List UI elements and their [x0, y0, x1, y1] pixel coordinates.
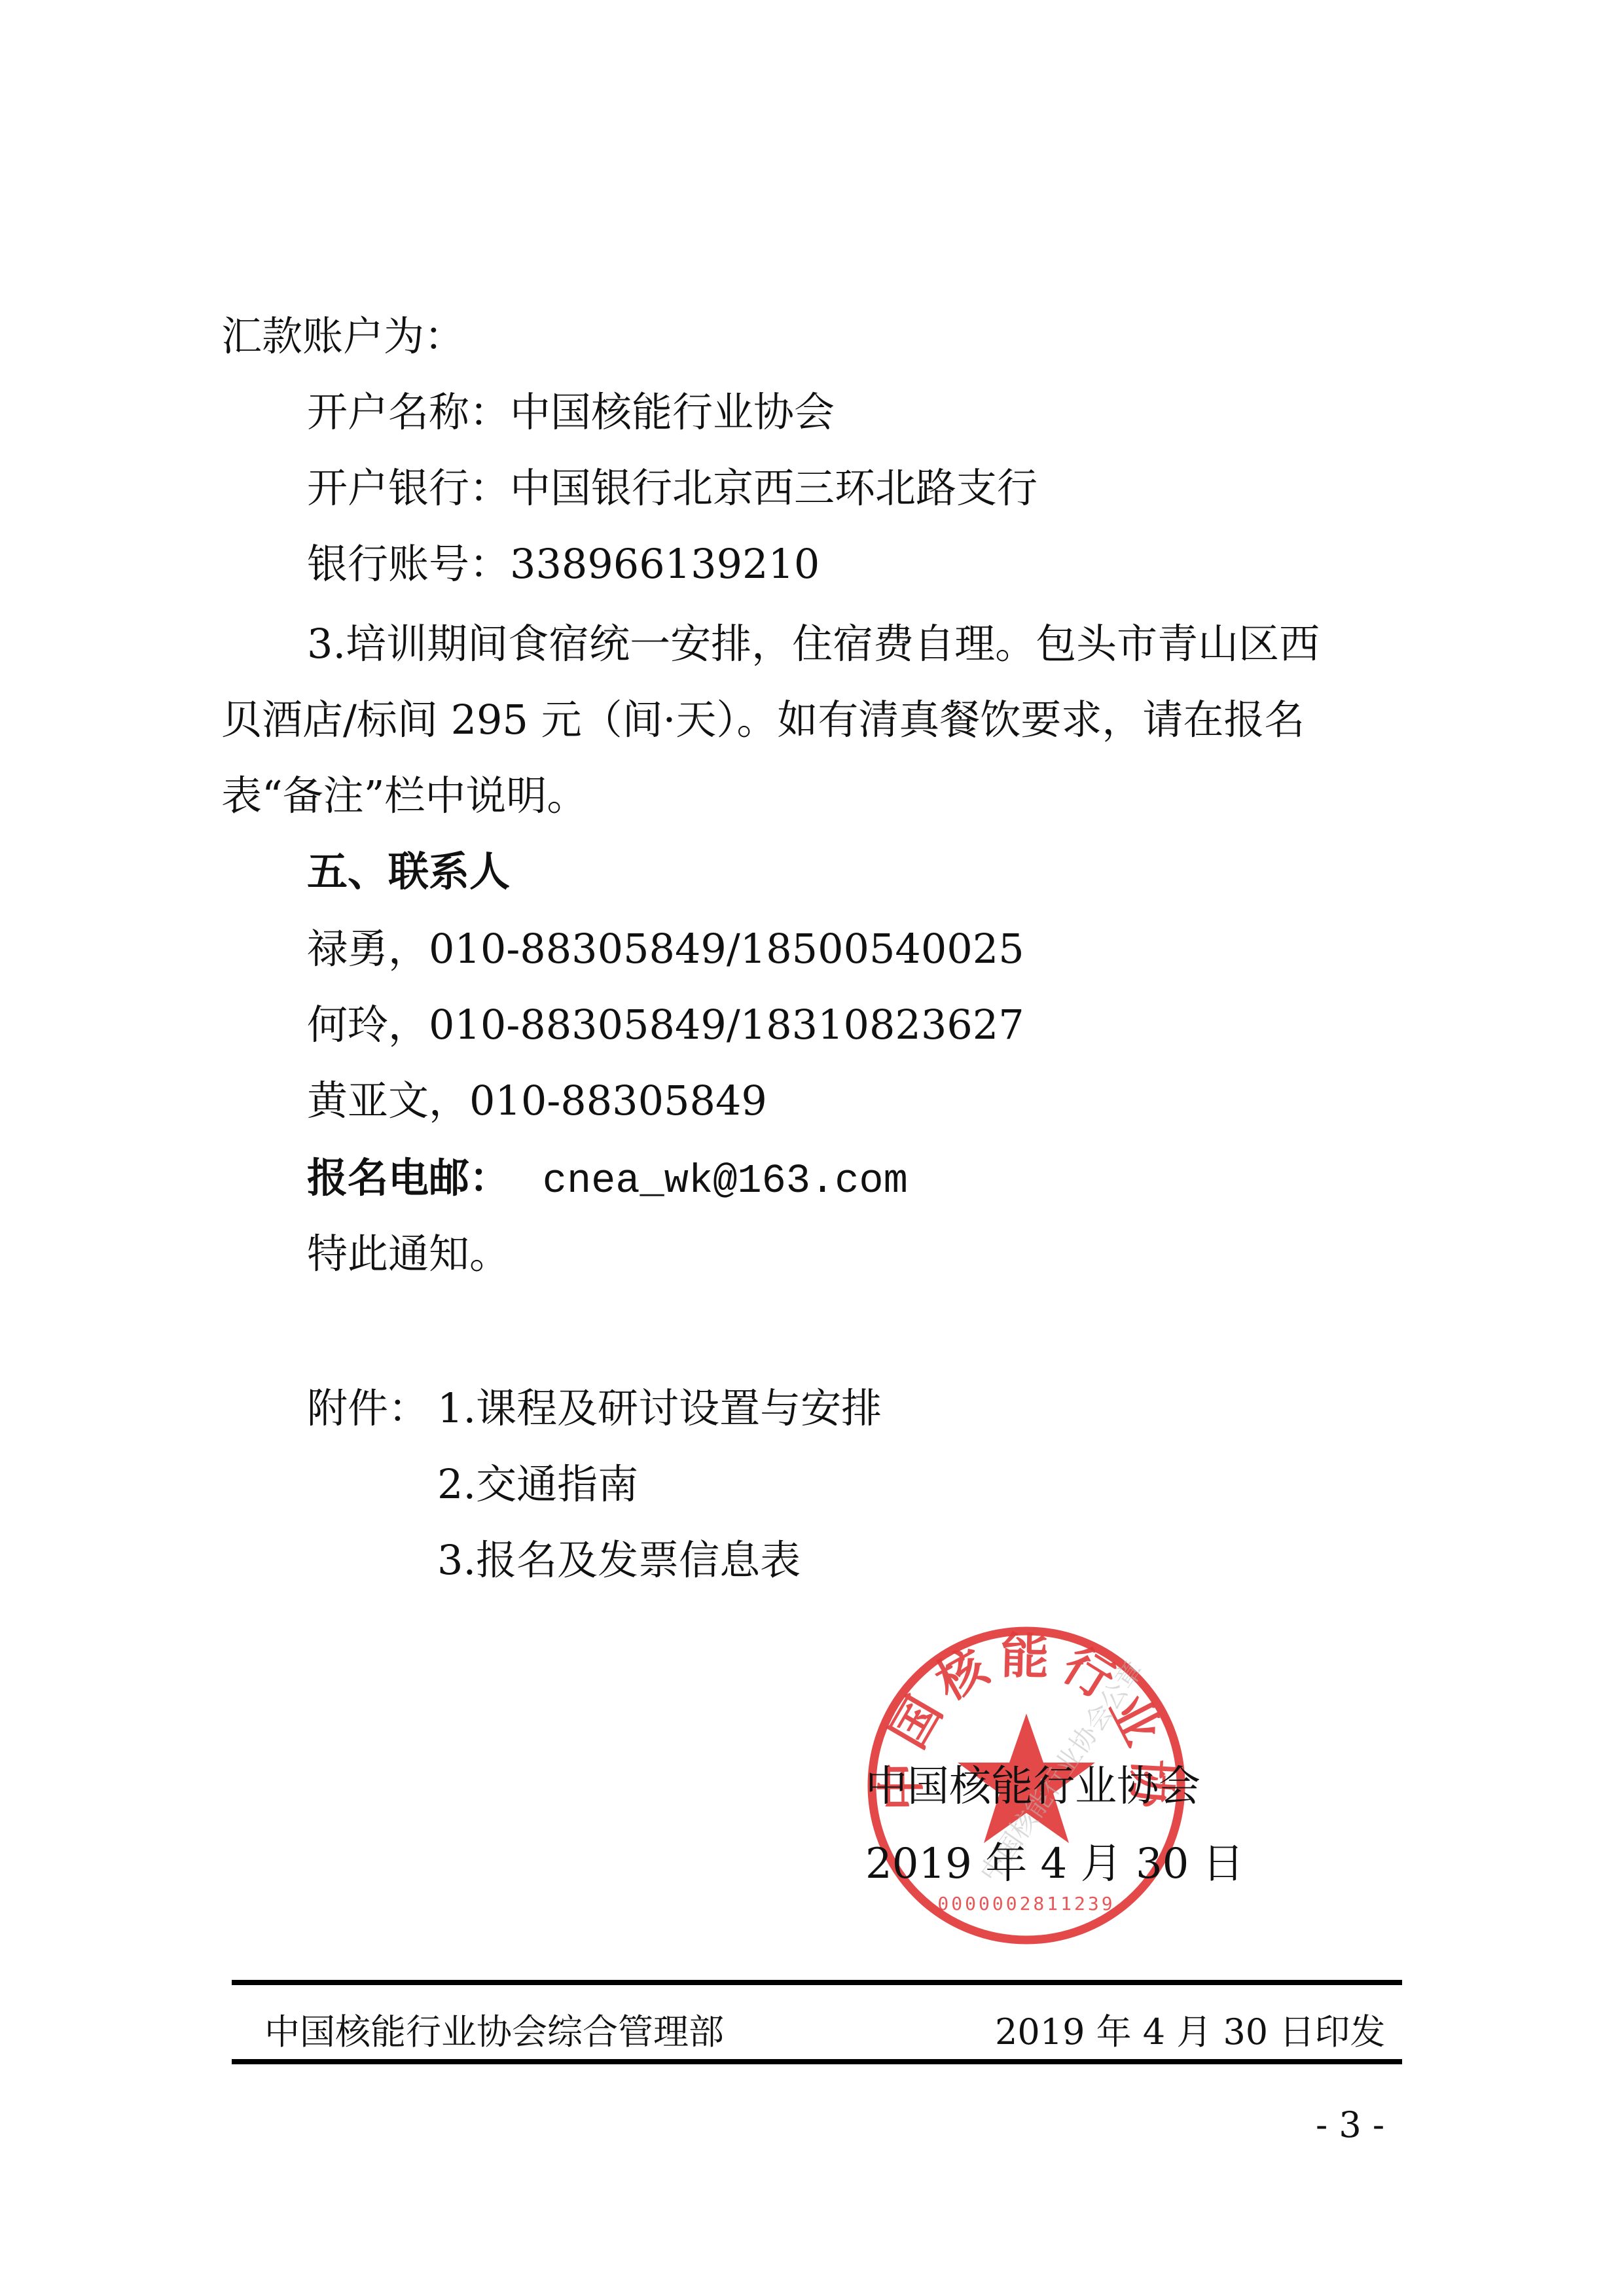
account-name: 开户名称：中国核能行业协会: [307, 386, 835, 439]
footer-issuer: 中国核能行业协会综合管理部: [264, 2009, 724, 2055]
signature-date: 2019 年 4 月 30 日: [865, 1838, 1244, 1890]
contact-item: 何玲，010-88305849/18310823627: [307, 999, 1024, 1051]
remittance-heading: 汇款账户为：: [221, 310, 465, 363]
account-bank: 开户银行：中国银行北京西三环北路支行: [307, 462, 1038, 514]
footer-bottom-rule: [232, 2059, 1402, 2064]
closing-text: 特此通知。: [307, 1228, 510, 1280]
contact-item: 禄勇，010-88305849/18500540025: [307, 923, 1024, 975]
section5-title: 五、联系人: [307, 846, 510, 898]
footer-top-rule: [232, 1980, 1402, 1985]
svg-text:0000002811239: 0000002811239: [937, 1893, 1115, 1914]
email-label: 报名电邮：: [307, 1154, 510, 1202]
page-number: - 3 -: [1316, 2102, 1384, 2148]
item3-line3: 表“备注”栏中说明。: [221, 770, 587, 822]
email-link[interactable]: cnea_wk@163.com: [543, 1158, 908, 1204]
contact-item: 黄亚文，010-88305849: [307, 1075, 767, 1127]
signature-org: 中国核能行业协会: [865, 1761, 1200, 1813]
account-number: 银行账号：338966139210: [307, 538, 820, 590]
footer-issue-date: 2019 年 4 月 30 日印发: [995, 2009, 1385, 2055]
item3-line1: 3.培训期间食宿统一安排，住宿费自理。包头市青山区西: [307, 618, 1320, 670]
email-row: 报名电邮： cnea_wk@163.com: [307, 1152, 908, 1208]
attachments-label: 附件：: [307, 1382, 429, 1435]
attachment-item: 1.课程及研讨设置与安排: [437, 1382, 882, 1435]
item3-line2: 贝酒店/标间 295 元（间·天）。如有清真餐饮要求，请在报名: [221, 694, 1305, 746]
attachment-item: 3.报名及发票信息表: [437, 1534, 801, 1587]
attachment-item: 2.交通指南: [437, 1458, 638, 1511]
